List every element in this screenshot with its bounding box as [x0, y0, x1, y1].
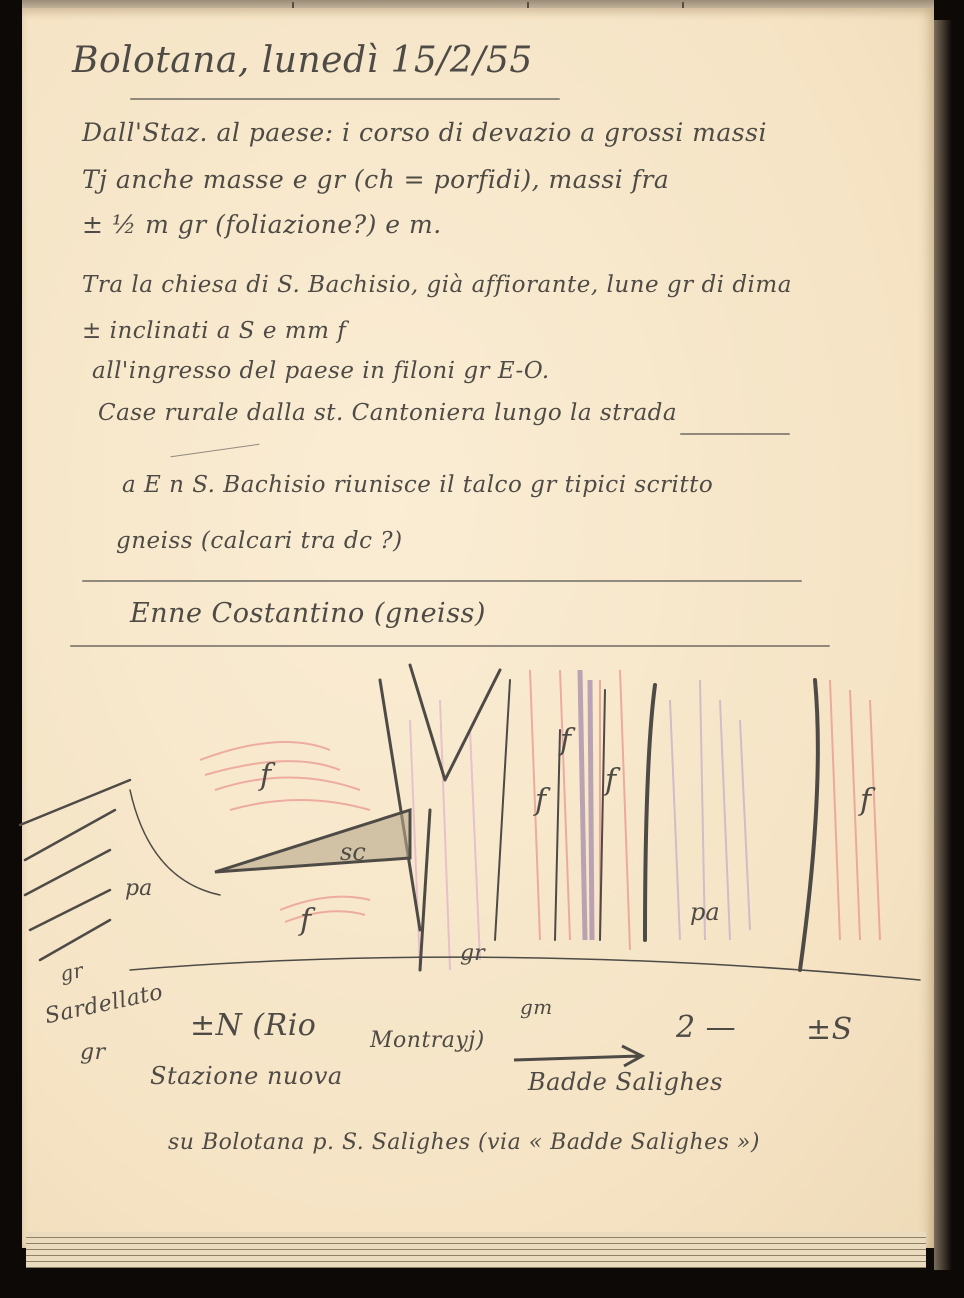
note-line: Badde Salighes	[528, 1068, 723, 1096]
svg-text:f: f	[603, 763, 621, 798]
note-line: all'ingresso del paese in filoni gr E-O.	[92, 358, 550, 384]
page-stack-edges	[26, 1232, 926, 1272]
note-line: ± ½ m gr (foliazione?) e m.	[82, 210, 442, 239]
underline	[680, 433, 790, 435]
section-title: Enne Costantino (gneiss)	[130, 598, 486, 629]
svg-text:f: f	[298, 903, 316, 938]
svg-text:f: f	[533, 783, 551, 818]
note-line: Tj anche masse e gr (ch = porfidi), mass…	[82, 165, 669, 194]
svg-text:f: f	[558, 723, 576, 758]
svg-text:pa: pa	[690, 898, 720, 926]
heading-underline	[130, 98, 560, 100]
note-line: gneiss (calcari tra dc ?)	[116, 528, 403, 554]
note-line: Stazione nuova	[150, 1062, 343, 1090]
svg-text:gr: gr	[460, 941, 486, 966]
page-heading: Bolotana, lunedì 15/2/55	[72, 40, 533, 81]
sketch-label-bottom: gm	[520, 995, 553, 1019]
sketch-label: f	[258, 758, 276, 793]
direction-note: Montrayj)	[370, 1028, 485, 1053]
note-line: Case rurale dalla st. Cantoniera lungo l…	[98, 400, 677, 426]
section-divider	[82, 580, 802, 582]
note-line: Dall'Staz. al paese: i corso di devazio …	[82, 118, 767, 147]
svg-text:pa: pa	[125, 876, 152, 901]
note-line: Tra la chiesa di S. Bachisio, già affior…	[82, 272, 792, 298]
distance-note: 2 —	[676, 1010, 736, 1045]
margin-note: gr	[80, 1040, 106, 1065]
geological-sketch: f sc pa f f f f pa f gr	[0, 640, 964, 1000]
direction-note: ±S	[806, 1012, 853, 1047]
sketch-label-slope: gr	[58, 958, 86, 986]
svg-text:sc: sc	[340, 838, 366, 866]
note-line: a E n S. Bachisio riunisce il talco gr t…	[122, 472, 713, 498]
arrow-icon	[512, 1040, 652, 1070]
note-line: ± inclinati a S e mm f	[82, 318, 346, 344]
note-line: su Bolotana p. S. Salighes (via « Badde …	[168, 1130, 760, 1155]
direction-note: ±N (Rio	[190, 1008, 316, 1043]
